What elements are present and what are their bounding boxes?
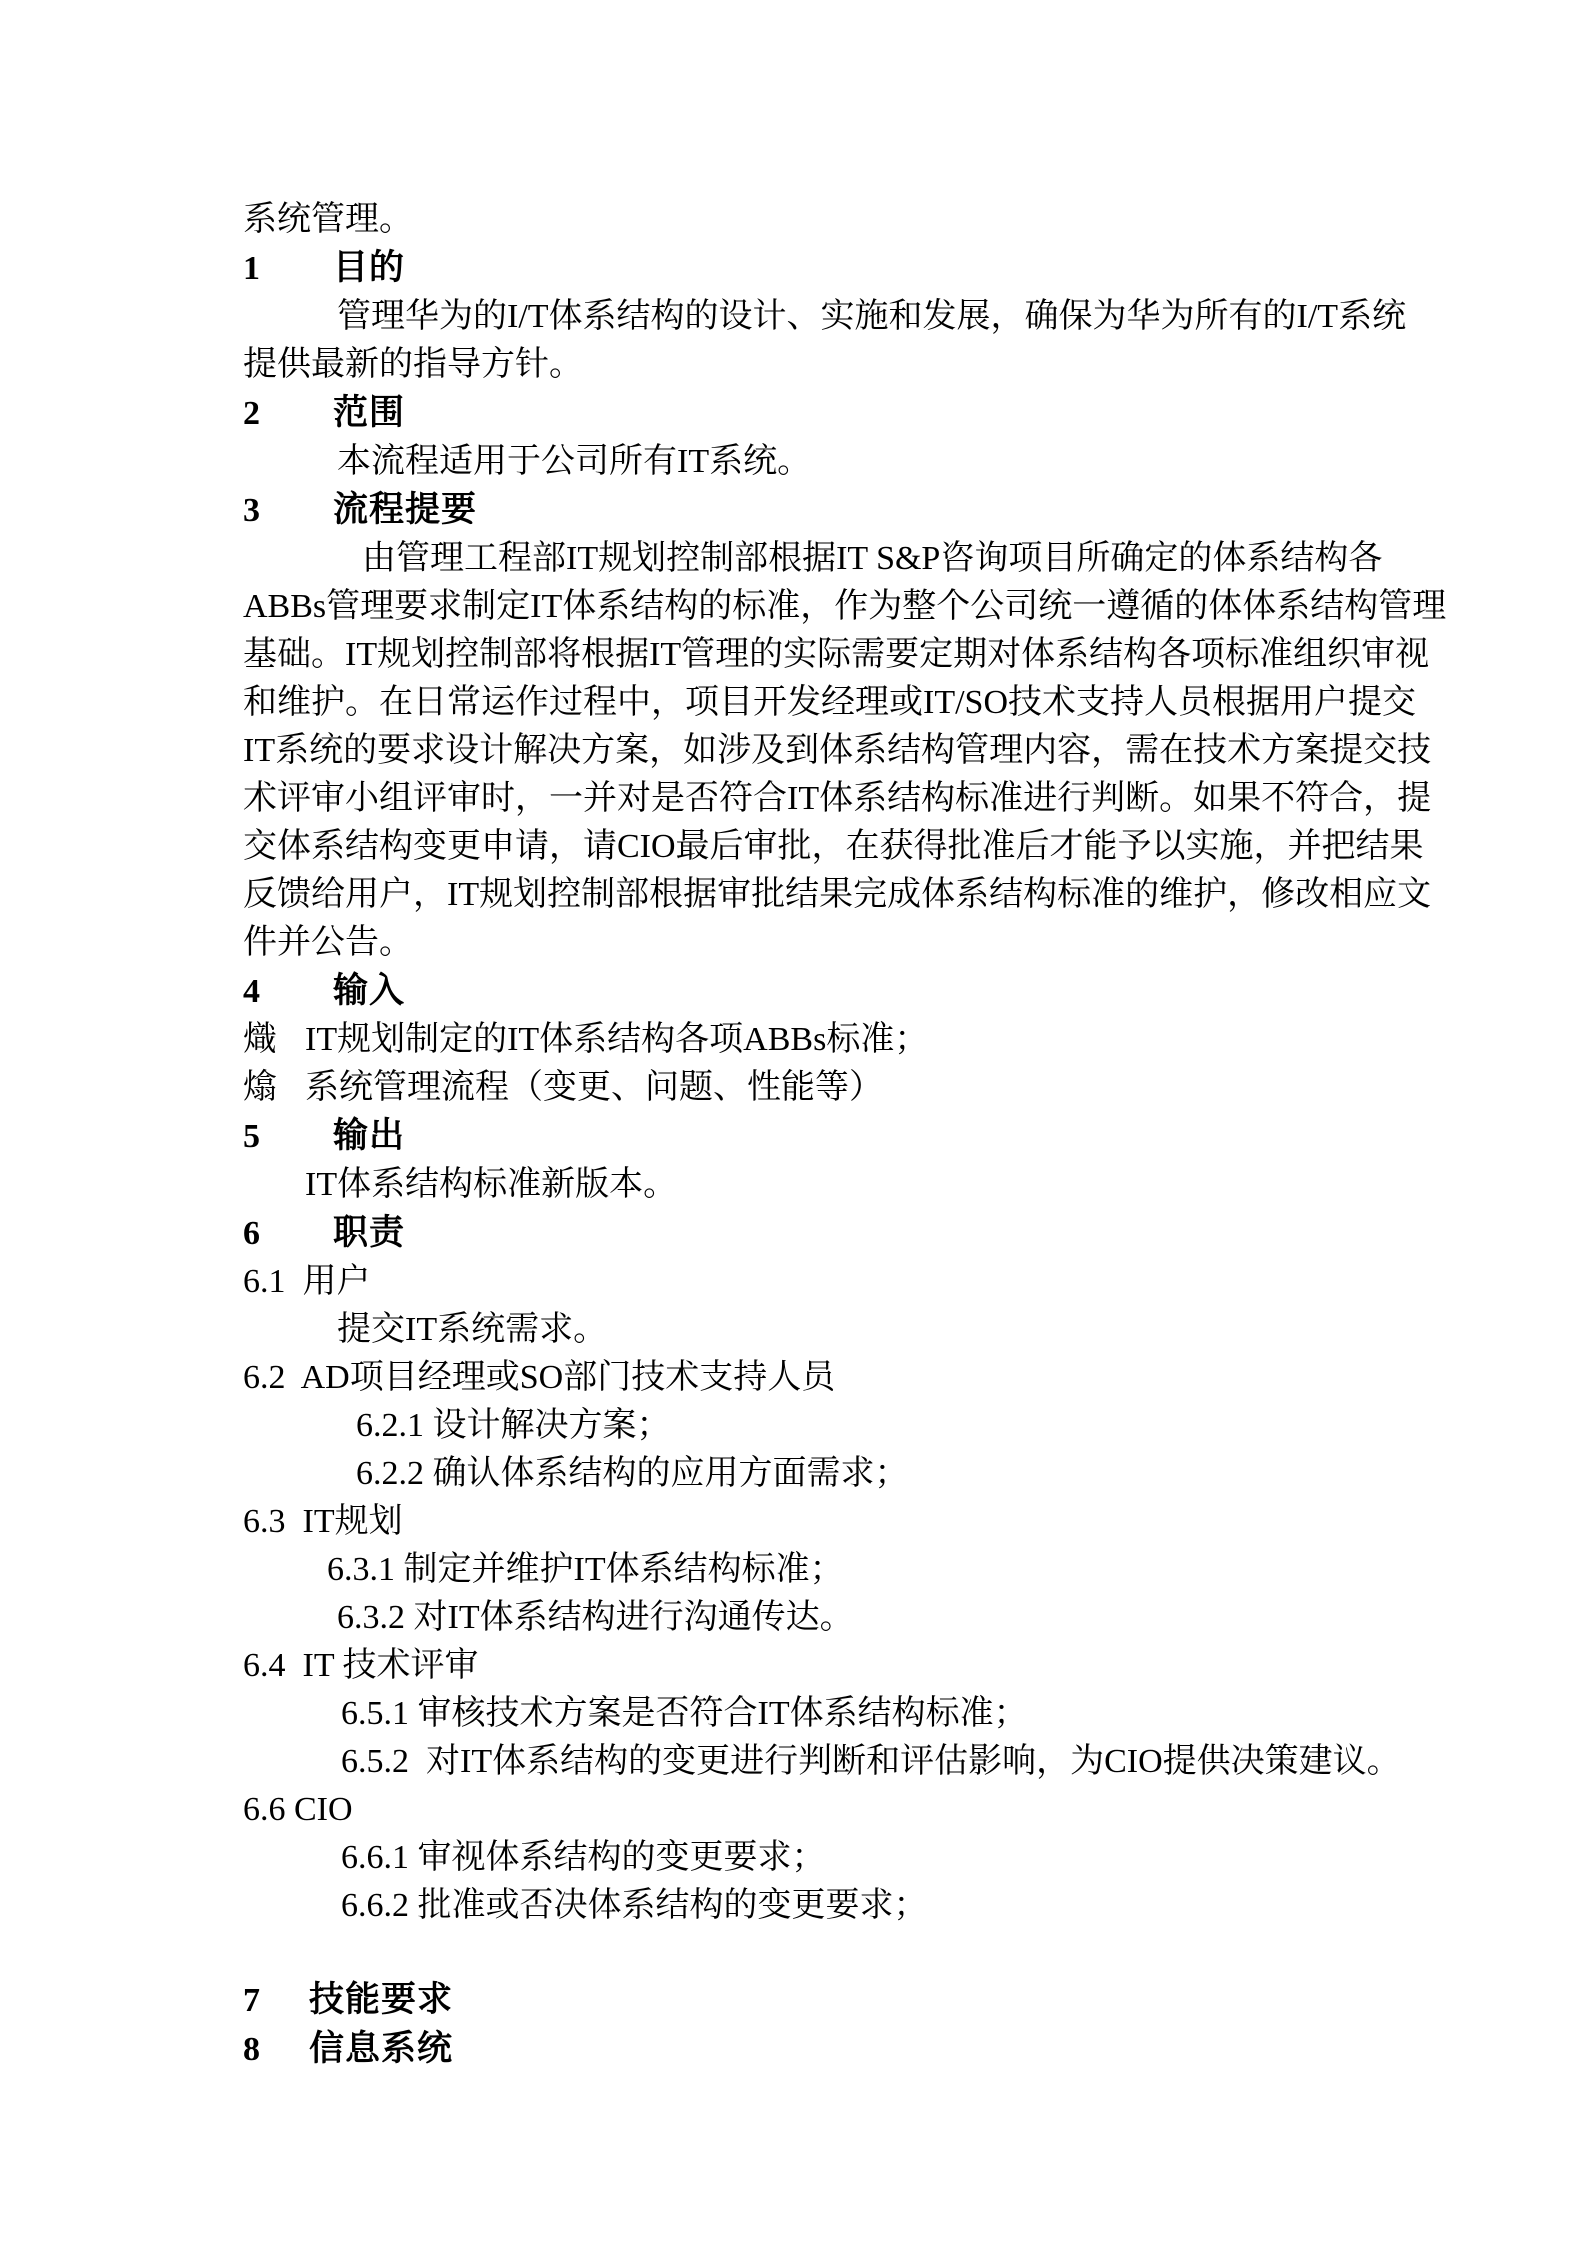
doc-line: 6.6.1 审视体系结构的变更要求； [243,1834,1403,1882]
bullet-glyph-icon: 熻 [243,1064,305,1112]
section-heading: 6职责 [243,1209,1403,1258]
doc-line: 6.6.2 批准或否决体系结构的变更要求； [243,1882,1403,1930]
bullet-glyph-icon: 熾 [243,1016,305,1064]
heading-title: 职责 [333,1213,405,1252]
doc-line: 交体系结构变更申请，请CIO最后审批，在获得批准后才能予以实施，并把结果 [243,823,1403,871]
paragraph-spacer [243,1930,1403,1976]
doc-line: 系统管理。 [243,196,1403,244]
document-page: 系统管理。1目的管理华为的I/T体系结构的设计、实施和发展，确保为华为所有的I/… [0,0,1587,2245]
section-heading: 3流程提要 [243,486,1403,535]
doc-line: ABBs管理要求制定IT体系结构的标准，作为整个公司统一遵循的体体系结构管理 [243,583,1403,631]
heading-title: 输出 [333,1116,405,1155]
doc-line: 6.3.2 对IT体系结构进行沟通传达。 [243,1594,1403,1642]
heading-number: 6 [243,1210,333,1258]
bullet-text: IT规划制定的IT体系结构各项ABBs标准； [305,1021,928,1058]
section-heading: 8信息系统 [243,2025,1403,2074]
doc-line: 基础。IT规划控制部将根据IT管理的实际需要定期对体系结构各项标准组织审视 [243,631,1403,679]
section-heading: 4输入 [243,967,1403,1016]
bullet-item: 熾IT规划制定的IT体系结构各项ABBs标准； [243,1016,1403,1064]
heading-title: 输入 [333,971,405,1010]
document-body: 系统管理。1目的管理华为的I/T体系结构的设计、实施和发展，确保为华为所有的I/… [243,196,1403,2074]
heading-title: 信息系统 [309,2029,453,2068]
doc-line: 反馈给用户，IT规划控制部根据审批结果完成体系结构标准的维护，修改相应文 [243,871,1403,919]
doc-line: 术评审小组评审时，一并对是否符合IT体系结构标准进行判断。如果不符合，提 [243,775,1403,823]
heading-number: 3 [243,487,333,535]
bullet-item: 熻系统管理流程（变更、问题、性能等） [243,1064,1403,1112]
doc-line: 6.5.2 对IT体系结构的变更进行判断和评估影响，为CIO提供决策建议。 [243,1738,1403,1786]
doc-line: 本流程适用于公司所有IT系统。 [243,438,1403,486]
heading-title: 目的 [333,248,405,287]
doc-line: 由管理工程部IT规划控制部根据IT S&P咨询项目所确定的体系结构各 [243,535,1403,583]
doc-line: 提供最新的指导方针。 [243,341,1403,389]
doc-line: 提交IT系统需求。 [243,1306,1403,1354]
section-heading: 7技能要求 [243,1976,1403,2025]
heading-number: 2 [243,390,333,438]
heading-number: 1 [243,245,333,293]
heading-number: 5 [243,1113,333,1161]
doc-line: 6.4 IT 技术评审 [243,1642,1403,1690]
doc-line: 6.1 用户 [243,1258,1403,1306]
doc-line: 6.2 AD项目经理或SO部门技术支持人员 [243,1354,1403,1402]
section-heading: 5输出 [243,1112,1403,1161]
heading-number: 8 [243,2026,309,2074]
doc-line: 6.2.1 设计解决方案； [243,1402,1403,1450]
heading-number: 7 [243,1977,309,2025]
doc-line: 6.3 IT规划 [243,1498,1403,1546]
section-heading: 1目的 [243,244,1403,293]
heading-title: 流程提要 [333,490,477,529]
doc-line: IT系统的要求设计解决方案，如涉及到体系结构管理内容，需在技术方案提交技 [243,727,1403,775]
doc-line: 和维护。在日常运作过程中，项目开发经理或IT/SO技术支持人员根据用户提交 [243,679,1403,727]
doc-line: 6.2.2 确认体系结构的应用方面需求； [243,1450,1403,1498]
heading-title: 技能要求 [309,1980,453,2019]
heading-number: 4 [243,968,333,1016]
doc-line: 6.6 CIO [243,1786,1403,1834]
doc-line: 6.5.1 审核技术方案是否符合IT体系结构标准； [243,1690,1403,1738]
doc-line: 管理华为的I/T体系结构的设计、实施和发展，确保为华为所有的I/T系统 [243,293,1403,341]
bullet-text: 系统管理流程（变更、问题、性能等） [305,1069,883,1106]
doc-line: IT体系结构标准新版本。 [243,1161,1403,1209]
heading-title: 范围 [333,393,405,432]
doc-line: 6.3.1 制定并维护IT体系结构标准； [243,1546,1403,1594]
doc-line: 件并公告。 [243,919,1403,967]
section-heading: 2范围 [243,389,1403,438]
